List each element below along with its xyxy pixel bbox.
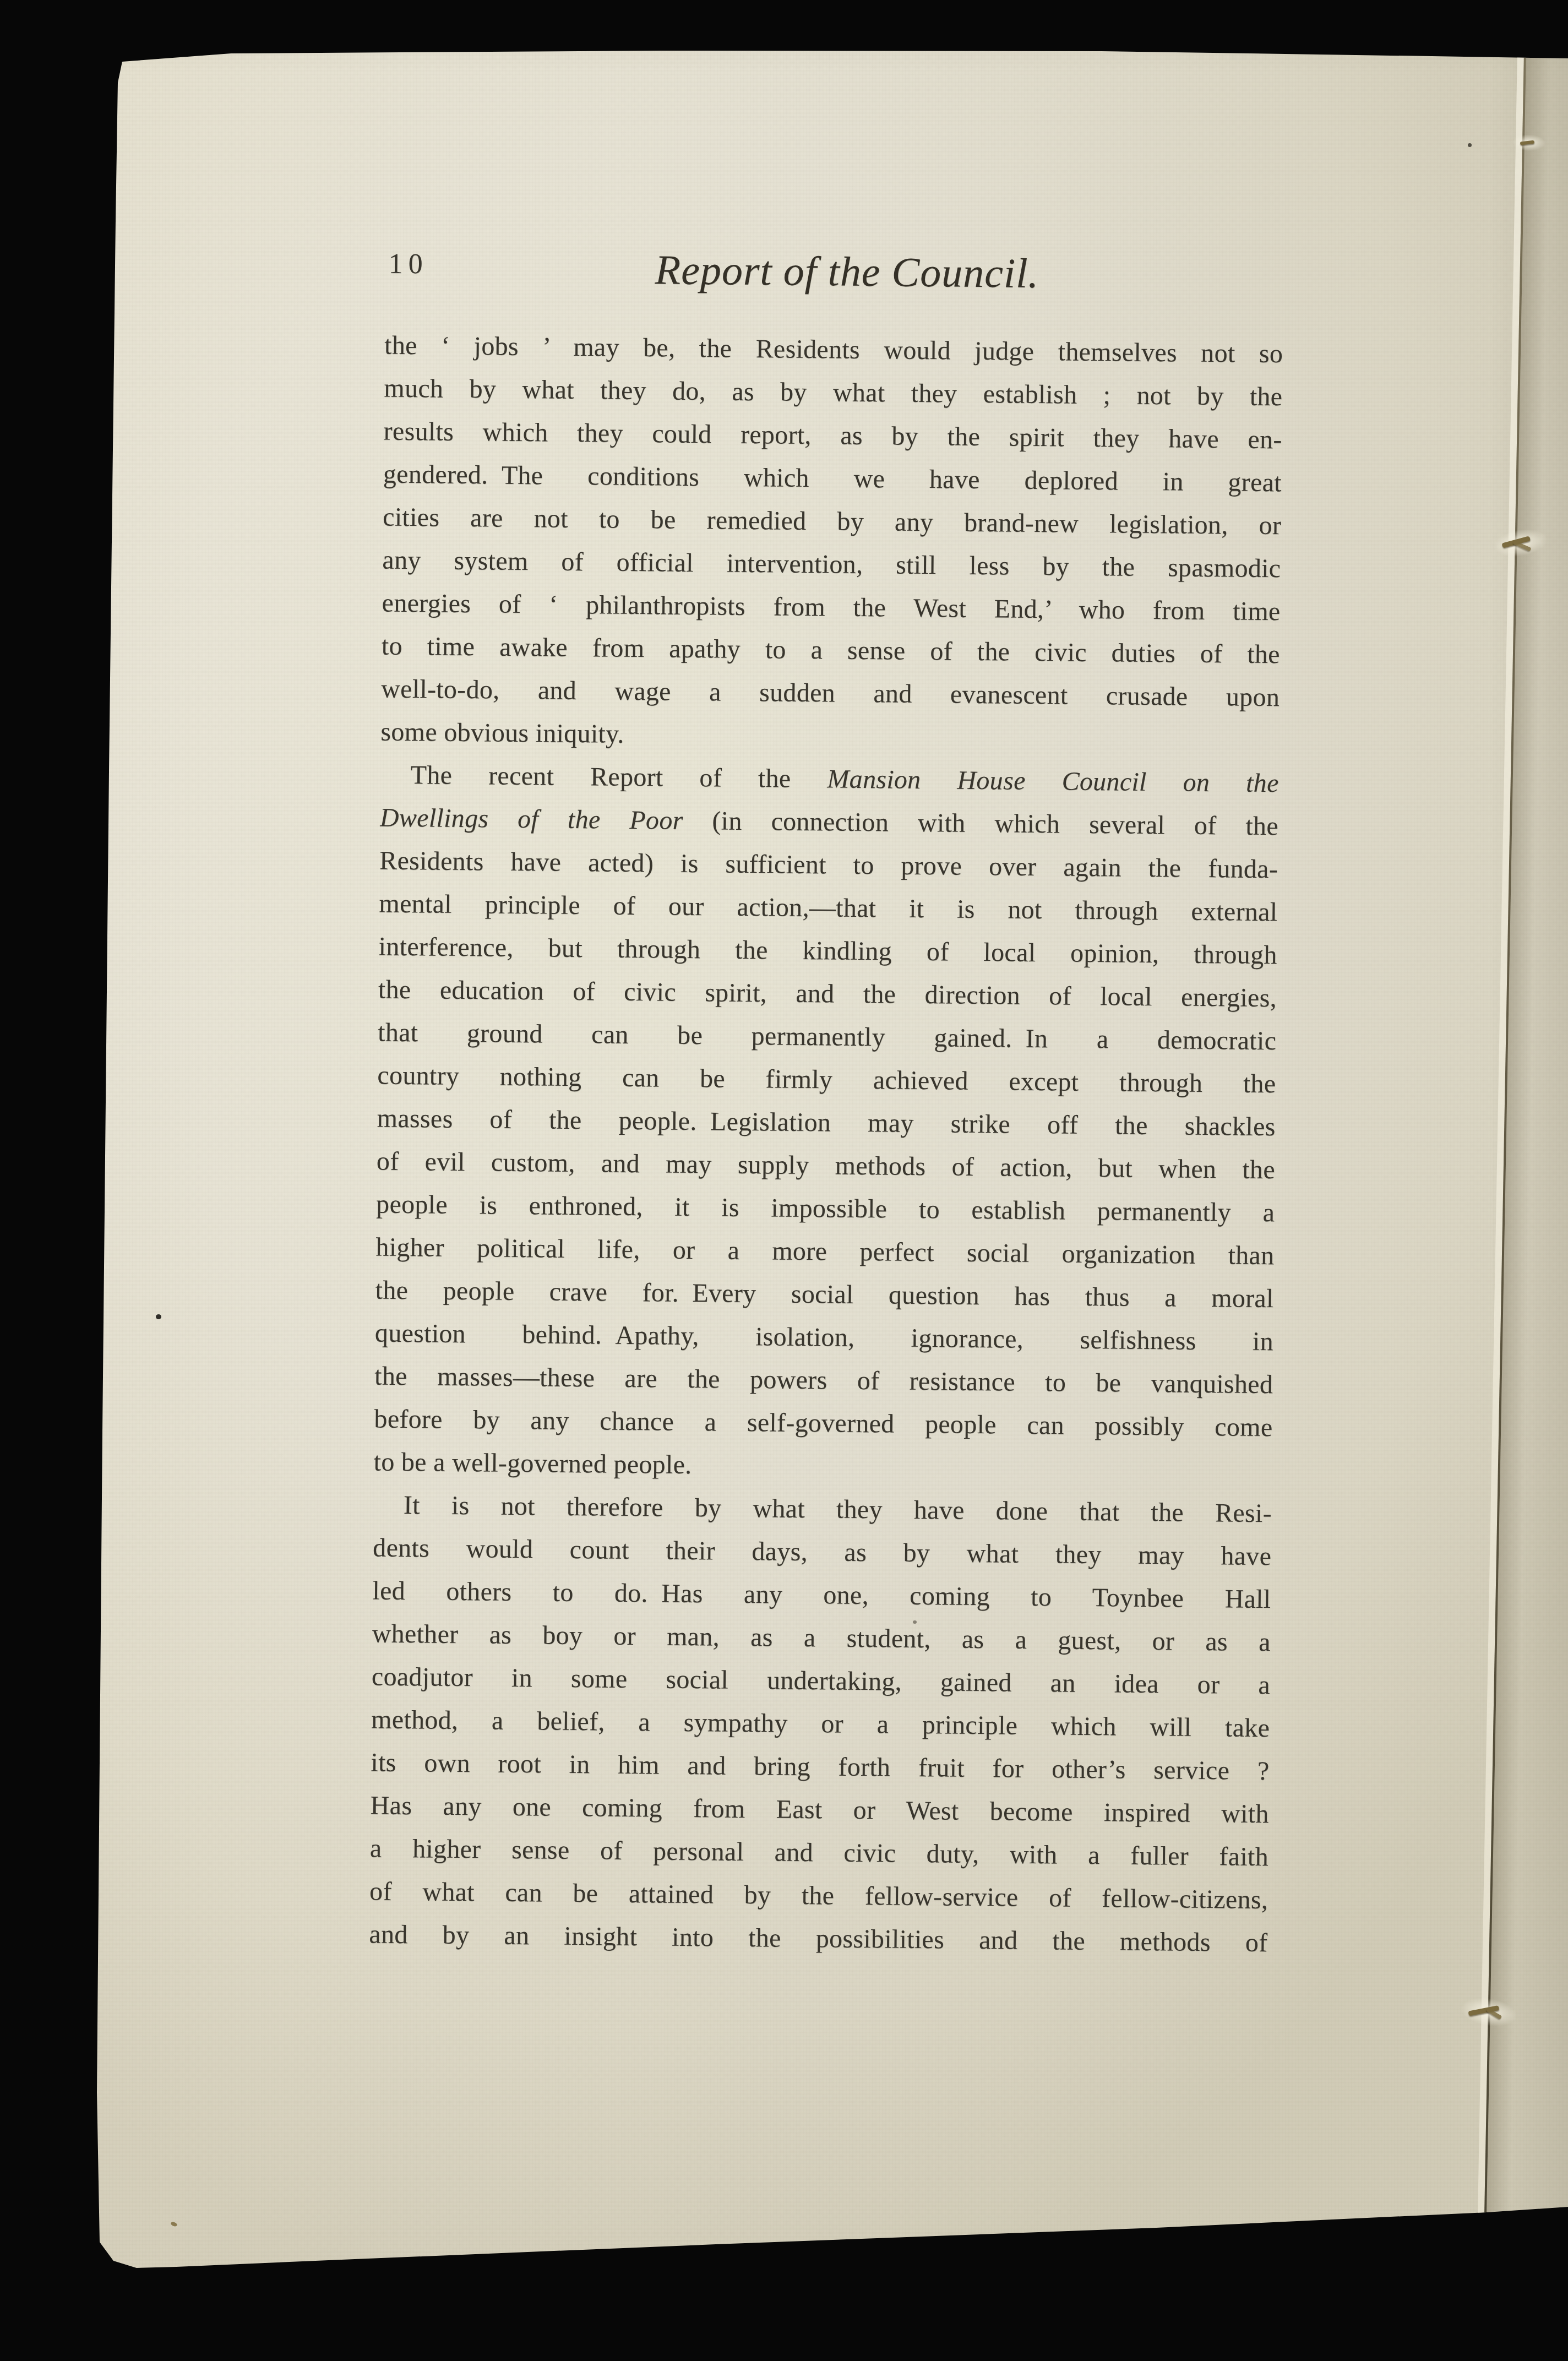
text-run: some obvious iniquity. [380, 717, 624, 749]
text-run: of evil custom, and may supply methods o… [377, 1147, 1275, 1185]
binding-stitch-middle [1483, 527, 1549, 559]
text-run: well-to-do, and wage a sudden and evanes… [381, 674, 1280, 712]
text-run: led others to do. Has any one, coming to… [372, 1576, 1271, 1614]
paragraph: The recent Report of the Mansion House C… [373, 754, 1279, 1493]
text-run: whether as boy or man, as a student, as … [372, 1619, 1270, 1657]
text-run: before by any chance a self-governed peo… [374, 1405, 1272, 1443]
text-run: country nothing can be firmly achieved e… [377, 1061, 1276, 1099]
text-run: any system of official intervention, sti… [382, 546, 1281, 584]
text-run: gendered. The conditions which we have d… [383, 460, 1282, 498]
paragraph: It is not therefore by what they have do… [369, 1484, 1272, 1965]
ink-speck [1468, 143, 1472, 147]
text-run: its own root in him and bring forth frui… [371, 1748, 1269, 1786]
page-number: 10 [388, 250, 428, 279]
text-run: a higher sense of personal and civic dut… [370, 1834, 1268, 1872]
binding-stitch-top [1512, 134, 1546, 151]
text-run: higher political life, or a more perfect… [375, 1233, 1274, 1271]
text-run: that ground can be permanently gained. I… [378, 1018, 1276, 1056]
italic-text-run: Dwellings of the Poor [380, 803, 683, 835]
text-run: the ‘ jobs ’ may be, the Residents would… [384, 331, 1283, 369]
text-run: Has any one coming from East or West bec… [370, 1791, 1268, 1829]
text-run: the education of civic spirit, and the d… [378, 975, 1277, 1013]
text-run: method, a belief, a sympathy or a princi… [371, 1705, 1270, 1743]
page-content: 10 Report of the Council. the ‘ jobs ’ m… [369, 242, 1284, 1965]
body-text: the ‘ jobs ’ may be, the Residents would… [369, 324, 1283, 1965]
text-run: to time awake from apathy to a sense of … [382, 632, 1280, 670]
text-run: (in connection with which several of the [683, 806, 1278, 841]
text-run: cities are not to be remedied by any bra… [383, 503, 1281, 541]
text-run: much by what they do, as by what they es… [384, 374, 1282, 412]
text-run: The recent Report of the [410, 760, 827, 793]
text-run: to be a well-governed people. [373, 1448, 692, 1480]
ink-speck [156, 1314, 161, 1319]
paragraph: the ‘ jobs ’ may be, the Residents would… [380, 324, 1283, 763]
text-run: mental principle of our action,—that it … [379, 889, 1277, 927]
text-run: question behind. Apathy, isolation, igno… [375, 1319, 1273, 1357]
text-run: Residents have acted) is sufficient to p… [379, 846, 1278, 884]
text-run: and by an insight into the possibilities… [369, 1919, 1267, 1957]
text-run: the people crave for. Every social quest… [375, 1276, 1273, 1314]
page-header: 10 Report of the Council. [385, 242, 1284, 302]
text-run: dents would count their days, as by what… [373, 1533, 1271, 1571]
scanned-book-photo: 10 Report of the Council. the ‘ jobs ’ m… [0, 0, 1568, 2361]
text-run: of what can be attained by the fellow-se… [369, 1876, 1268, 1914]
text-line: and by an insight into the possibilities… [369, 1913, 1268, 1965]
text-run: results which they could report, as by t… [383, 417, 1282, 455]
running-header: Report of the Council. [410, 242, 1284, 301]
text-run: masses of the people. Legislation may st… [377, 1104, 1275, 1142]
text-run: energies of ‘ philanthropists from the W… [382, 589, 1280, 627]
text-run: people is enthroned, it is impossible to… [376, 1190, 1275, 1228]
text-run: interference, but through the kindling o… [378, 932, 1277, 970]
text-run: the masses—these are the powers of resis… [374, 1362, 1273, 1400]
text-run: It is not therefore by what they have do… [404, 1490, 1272, 1528]
text-run: coadjutor in some social undertaking, ga… [372, 1662, 1270, 1700]
italic-text-run: Mansion House Council on the [827, 764, 1279, 798]
book-page: 10 Report of the Council. the ‘ jobs ’ m… [0, 0, 1568, 2361]
binding-stitch-bottom [1452, 1996, 1525, 2028]
